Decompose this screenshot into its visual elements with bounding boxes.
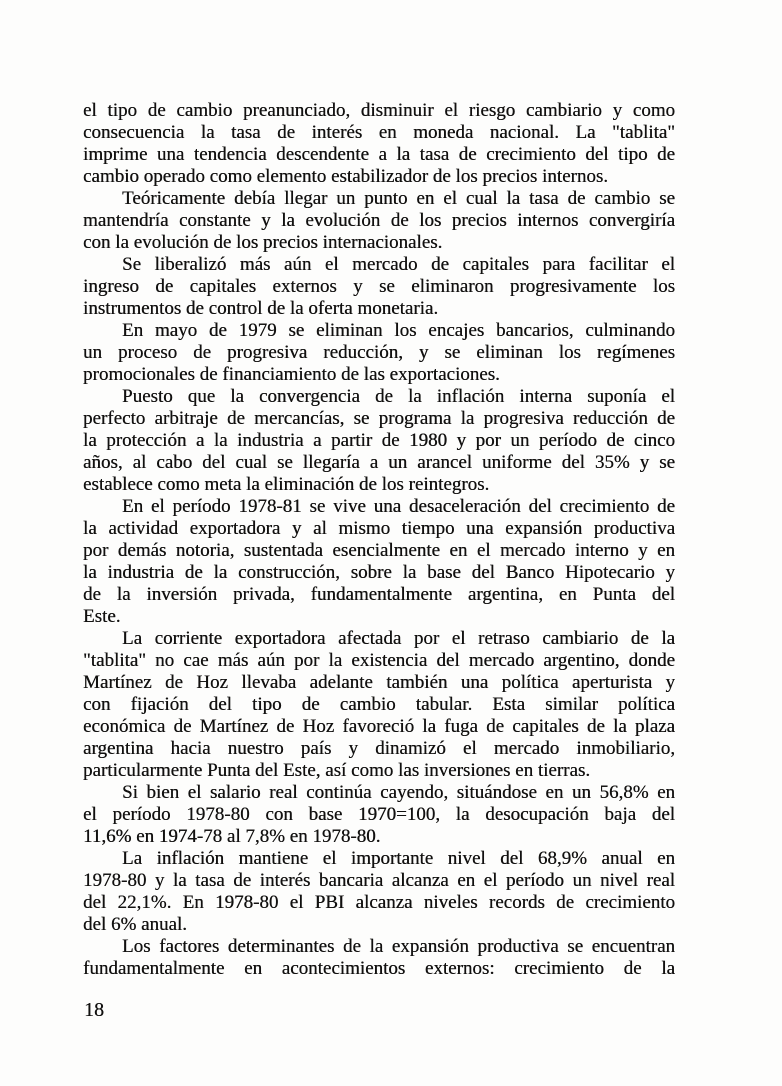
paragraph: Teóricamente debía llegar un punto en el… <box>83 188 675 254</box>
text-line: imprime una tendencia descendente a la t… <box>83 144 675 166</box>
text-line: promocionales de financiamiento de las e… <box>83 364 675 386</box>
text-line: Martínez de Hoz llevaba adelante también… <box>83 672 675 694</box>
text-line: de la inversión privada, fundamentalment… <box>83 584 675 606</box>
text-line: Los factores determinantes de la expansi… <box>83 936 675 958</box>
paragraph: La corriente exportadora afectada por el… <box>83 628 675 782</box>
text-line: "tablita" no cae más aún por la existenc… <box>83 650 675 672</box>
text-line: mantendría constante y la evolución de l… <box>83 210 675 232</box>
text-line: cambio operado como elemento estabilizad… <box>83 166 675 188</box>
text-line: La inflación mantiene el importante nive… <box>83 848 675 870</box>
text-line: económica de Martínez de Hoz favoreció l… <box>83 716 675 738</box>
text-line: con la evolución de los precios internac… <box>83 232 675 254</box>
text-line: con fijación del tipo de cambio tabular.… <box>83 694 675 716</box>
text-line: ingreso de capitales externos y se elimi… <box>83 276 675 298</box>
text-line: Si bien el salario real continúa cayendo… <box>83 782 675 804</box>
text-line: 1978-80 y la tasa de interés bancaria al… <box>83 870 675 892</box>
text-line: Se liberalizó más aún el mercado de capi… <box>83 254 675 276</box>
paragraph: Si bien el salario real continúa cayendo… <box>83 782 675 848</box>
text-line: En mayo de 1979 se eliminan los encajes … <box>83 320 675 342</box>
text-line: Puesto que la convergencia de la inflaci… <box>83 386 675 408</box>
text-line: establece como meta la eliminación de lo… <box>83 474 675 496</box>
text-line: un proceso de progresiva reducción, y se… <box>83 342 675 364</box>
text-line: del 6% anual. <box>83 914 675 936</box>
text-line: La corriente exportadora afectada por el… <box>83 628 675 650</box>
text-line: el período 1978-80 con base 1970=100, la… <box>83 804 675 826</box>
text-line: años, al cabo del cual se llegaría a un … <box>83 452 675 474</box>
text-line: particularmente Punta del Este, así como… <box>83 760 675 782</box>
paragraph: Puesto que la convergencia de la inflaci… <box>83 386 675 496</box>
text-line: la actividad exportadora y al mismo tiem… <box>83 518 675 540</box>
text-block: el tipo de cambio preanunciado, disminui… <box>83 100 675 980</box>
text-line: argentina hacia nuestro país y dinamizó … <box>83 738 675 760</box>
paragraph: La inflación mantiene el importante nive… <box>83 848 675 936</box>
text-line: consecuencia la tasa de interés en moned… <box>83 122 675 144</box>
text-line: fundamentalmente en acontecimientos exte… <box>83 958 675 980</box>
text-line: el tipo de cambio preanunciado, disminui… <box>83 100 675 122</box>
text-line: perfecto arbitraje de mercancías, se pro… <box>83 408 675 430</box>
text-line: del 22,1%. En 1978-80 el PBI alcanza niv… <box>83 892 675 914</box>
text-line: la protección a la industria a partir de… <box>83 430 675 452</box>
text-line: instrumentos de control de la oferta mon… <box>83 298 675 320</box>
text-line: la industria de la construcción, sobre l… <box>83 562 675 584</box>
paragraph: En mayo de 1979 se eliminan los encajes … <box>83 320 675 386</box>
paragraph: el tipo de cambio preanunciado, disminui… <box>83 100 675 188</box>
paragraph: Los factores determinantes de la expansi… <box>83 936 675 980</box>
text-line: Este. <box>83 606 675 628</box>
text-line: Teóricamente debía llegar un punto en el… <box>83 188 675 210</box>
text-line: 11,6% en 1974-78 al 7,8% en 1978-80. <box>83 826 675 848</box>
text-line: En el período 1978-81 se vive una desace… <box>83 496 675 518</box>
page-number: 18 <box>84 999 104 1021</box>
paragraph: En el período 1978-81 se vive una desace… <box>83 496 675 628</box>
paragraph: Se liberalizó más aún el mercado de capi… <box>83 254 675 320</box>
text-line: por demás notoria, sustentada esencialme… <box>83 540 675 562</box>
